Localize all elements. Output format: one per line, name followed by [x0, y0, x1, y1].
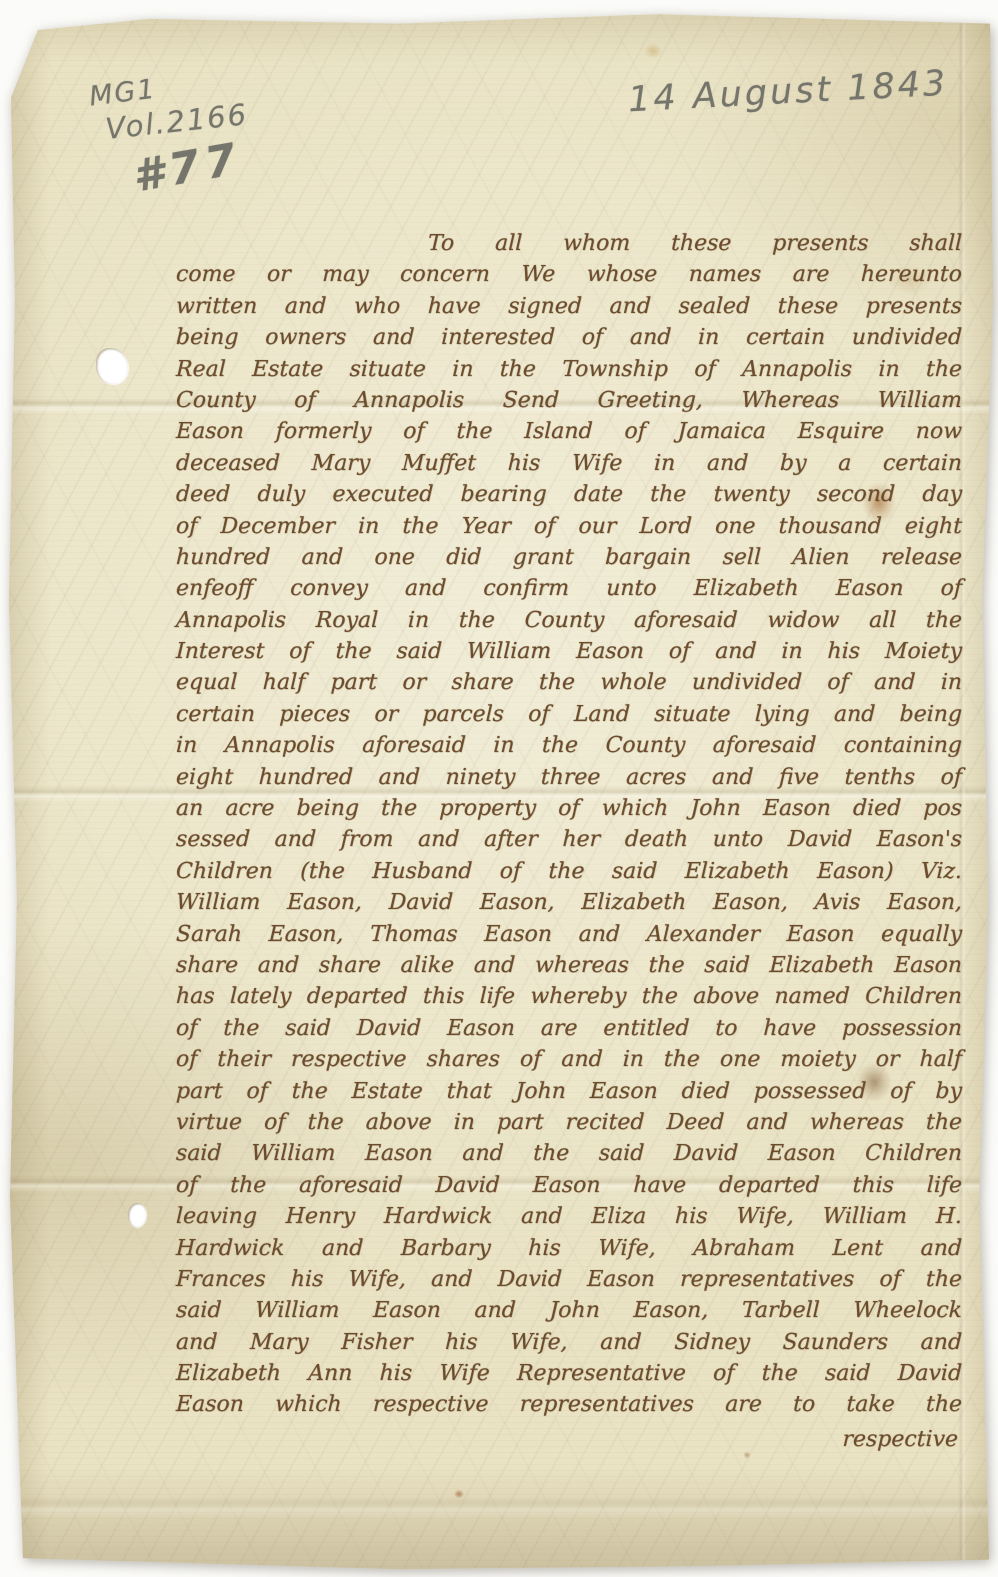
manuscript-line: of their respective shares of and in the…	[175, 1044, 962, 1075]
manuscript-line: being owners and interested of and in ce…	[175, 322, 962, 353]
manuscript-line: Children (the Husband of the said Elizab…	[175, 856, 962, 887]
manuscript-line: County of Annapolis Send Greeting, Where…	[175, 385, 962, 416]
fold-crease	[0, 1496, 998, 1518]
paper-hole	[128, 1203, 146, 1227]
manuscript-line: Eason formerly of the Island of Jamaica …	[175, 416, 962, 447]
manuscript-line: part of the Estate that John Eason died …	[175, 1076, 962, 1107]
manuscript-line: Sarah Eason, Thomas Eason and Alexander …	[175, 919, 962, 950]
archive-ref-item-number: #77	[129, 132, 255, 203]
pencil-archive-reference: MG1 Vol.2166 #77	[88, 67, 253, 200]
manuscript-line: Annapolis Royal in the County aforesaid …	[175, 605, 962, 636]
manuscript-line: deceased Mary Muffet his Wife in and by …	[175, 448, 962, 479]
manuscript-line: William Eason, David Eason, Elizabeth Ea…	[175, 887, 962, 918]
manuscript-line: come or may concern We whose names are h…	[175, 259, 962, 290]
manuscript-line: in Annapolis aforesaid in the County afo…	[175, 730, 962, 761]
paper-sheet: MG1 Vol.2166 #77 14 August 1843 To all w…	[0, 0, 998, 1577]
manuscript-line: certain pieces or parcels of Land situat…	[175, 699, 962, 730]
manuscript-line: Real Estate situate in the Township of A…	[175, 354, 962, 385]
manuscript-line: of December in the Year of our Lord one …	[175, 511, 962, 542]
scanned-page: MG1 Vol.2166 #77 14 August 1843 To all w…	[0, 0, 998, 1577]
manuscript-line: Frances his Wife, and David Eason repres…	[175, 1264, 962, 1295]
manuscript-line: Eason which respective representatives a…	[175, 1389, 962, 1420]
manuscript-line: hundred and one did grant bargain sell A…	[175, 542, 962, 573]
manuscript-line: Interest of the said William Eason of an…	[175, 636, 962, 667]
manuscript-text-block: To all whom these presents shall come or…	[176, 228, 962, 1421]
foxing-stain	[640, 40, 666, 62]
manuscript-line: of the said David Eason are entitled to …	[175, 1013, 962, 1044]
manuscript-line: and Mary Fisher his Wife, and Sidney Sau…	[175, 1327, 962, 1358]
manuscript-line: Elizabeth Ann his Wife Representative of…	[175, 1358, 962, 1389]
catchword-block: respective	[176, 1424, 962, 1455]
manuscript-line: said William Eason and the said David Ea…	[175, 1138, 962, 1169]
manuscript-line: eight hundred and ninety three acres and…	[175, 762, 962, 793]
manuscript-line: deed duly executed bearing date the twen…	[175, 479, 962, 510]
manuscript-line: sessed and from and after her death unto…	[175, 824, 962, 855]
manuscript-line: an acre being the property of which John…	[175, 793, 962, 824]
manuscript-line: enfeoff convey and confirm unto Elizabet…	[175, 573, 962, 604]
manuscript-line: equal half part or share the whole undiv…	[175, 667, 962, 698]
manuscript-line: written and who have signed and sealed t…	[175, 291, 962, 322]
manuscript-line: leaving Henry Hardwick and Eliza his Wif…	[175, 1201, 962, 1232]
manuscript-line: Hardwick and Barbary his Wife, Abraham L…	[175, 1233, 962, 1264]
manuscript-line: virtue of the above in part recited Deed…	[175, 1107, 962, 1138]
manuscript-line: To all whom these presents shall	[175, 228, 962, 259]
manuscript-line: of the aforesaid David Eason have depart…	[175, 1170, 962, 1201]
paper-hole	[96, 348, 128, 384]
manuscript-line: said William Eason and John Eason, Tarbe…	[175, 1295, 962, 1326]
catchword: respective	[175, 1424, 962, 1455]
manuscript-line: has lately departed this life whereby th…	[175, 981, 962, 1012]
pencil-date-annotation: 14 August 1843	[627, 64, 949, 121]
manuscript-line: share and share alike and whereas the sa…	[175, 950, 962, 981]
